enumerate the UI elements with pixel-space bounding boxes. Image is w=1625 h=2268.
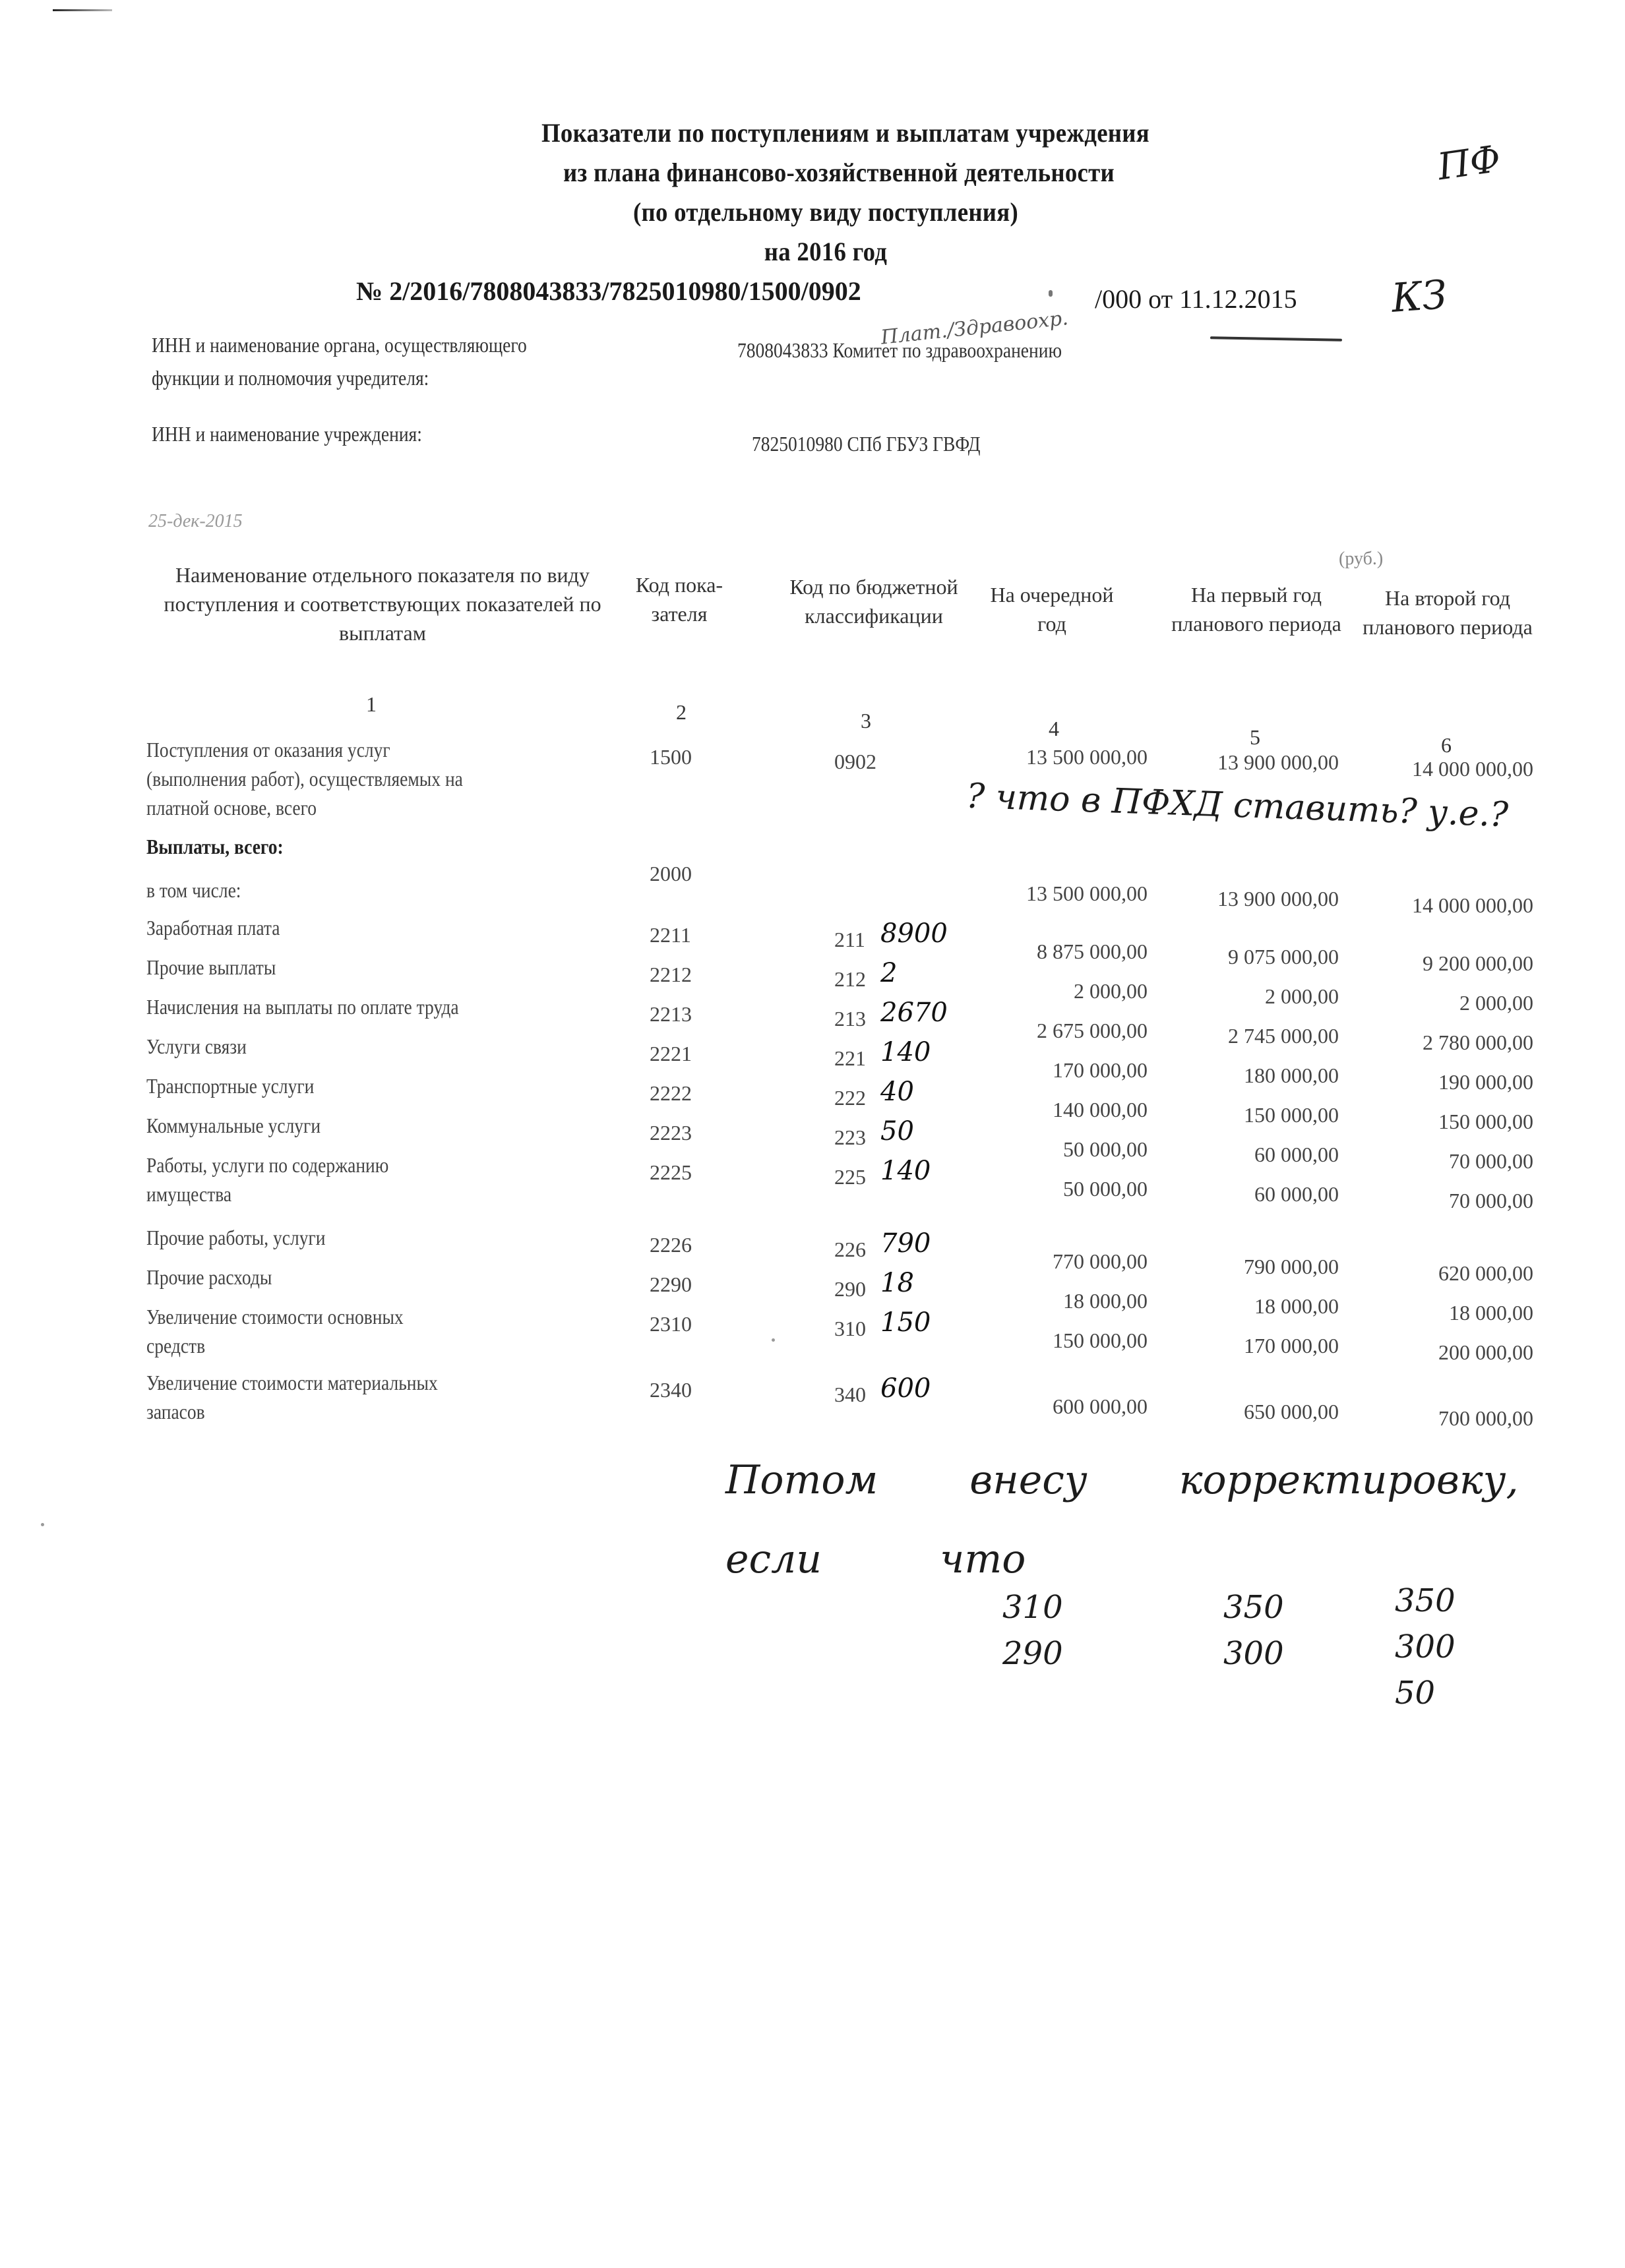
row-budget-code: 310 [834,1317,866,1341]
currency-unit: (руб.) [1339,549,1383,570]
row-indicator-code: 2213 [650,1002,692,1027]
row-name: Увеличение стоимости основных средств [146,1302,464,1360]
row-current-year-amount: 170 000,00 [976,1058,1148,1083]
handwritten-correction-value: 50 [1395,1675,1435,1712]
doc-title-line-4: на 2016 год [78,236,1574,267]
row-second-plan-year-amount: 14 000 000,00 [1362,893,1533,918]
row-name: Поступления от оказания услуг (выполнени… [146,735,464,822]
row-second-plan-year-amount: 70 000,00 [1362,1149,1533,1174]
handwritten-pf-note: ПФ [1435,138,1503,189]
handwritten-underline [1210,336,1342,341]
row-indicator-code: 2226 [650,1233,692,1257]
row-current-year-amount: 150 000,00 [976,1328,1148,1353]
row-first-plan-year-amount: 18 000,00 [1167,1294,1339,1319]
row-indicator-code: 2290 [650,1272,692,1297]
row-indicator-code: 2000 [650,862,692,886]
scan-dot [1049,290,1053,297]
row-name: Транспортные услуги [146,1071,464,1100]
row-name: Прочие расходы [146,1263,464,1292]
row-name: Услуги связи [146,1032,464,1061]
row-name: в том числе: [146,876,464,905]
row-first-plan-year-amount: 60 000,00 [1167,1143,1339,1167]
handwritten-kbk-note: 140 [880,1037,931,1067]
row-indicator-code: 2212 [650,963,692,987]
row-second-plan-year-amount: 14 000 000,00 [1362,757,1533,781]
row-budget-code: 213 [834,1007,866,1031]
row-indicator-code: 2225 [650,1160,692,1185]
row-second-plan-year-amount: 150 000,00 [1362,1110,1533,1134]
handwritten-kbk-note: 40 [880,1077,914,1107]
row-current-year-amount: 2 000,00 [976,979,1148,1003]
row-first-plan-year-amount: 2 000,00 [1167,984,1339,1009]
row-indicator-code: 2310 [650,1312,692,1336]
handwritten-kbk-note: 790 [880,1228,931,1259]
doc-number: № 2/2016/7808043833/7825010980/1500/0902 [356,276,861,307]
row-current-year-amount: 8 875 000,00 [976,940,1148,964]
institution-value: 7825010980 СПб ГБУЗ ГВФД [752,432,980,456]
column-number: 4 [1049,717,1059,741]
header-second-plan-year: На второй год планового периода [1352,583,1543,642]
row-indicator-code: 2221 [650,1042,692,1066]
handwritten-kz-note: КЗ [1390,272,1449,322]
row-budget-code: 340 [834,1383,866,1407]
row-indicator-code: 1500 [650,745,692,769]
row-first-plan-year-amount: 170 000,00 [1167,1334,1339,1358]
row-budget-code: 212 [834,967,866,992]
handwritten-kbk-note: 50 [880,1116,914,1147]
doc-title-line-1: Показатели по поступлениям и выплатам уч… [98,117,1593,148]
handwritten-question: ? что в ПФХД ставить? у.е.? [966,777,1509,835]
row-current-year-amount: 2 675 000,00 [976,1019,1148,1043]
row-budget-code: 211 [834,928,865,952]
row-first-plan-year-amount: 60 000,00 [1167,1182,1339,1207]
header-current-year: На очередной год [976,580,1128,638]
handwritten-correction-value: 290 [1002,1635,1063,1672]
row-budget-code: 226 [834,1238,866,1262]
row-second-plan-year-amount: 2 000,00 [1362,991,1533,1015]
column-number: 3 [861,709,871,733]
row-second-plan-year-amount: 620 000,00 [1362,1261,1533,1286]
row-name: Коммунальные услуги [146,1111,464,1140]
scan-dot [772,1338,775,1342]
handwritten-correction-value: 350 [1223,1589,1284,1626]
doc-title-line-2: из плана финансово-хозяйственной деятель… [92,157,1587,188]
row-name: Заработная плата [146,913,464,942]
row-second-plan-year-amount: 9 200 000,00 [1362,951,1533,976]
handwritten-note-line-1: Потом внесу корректировку, [725,1457,1519,1503]
row-second-plan-year-amount: 70 000,00 [1362,1189,1533,1213]
handwritten-note-line-2: если что [725,1536,1026,1582]
founder-label-line-1: ИНН и наименование органа, осуществляюще… [152,333,527,357]
row-name: Увеличение стоимости материальных запасо… [146,1368,464,1426]
row-budget-code: 223 [834,1125,866,1150]
handwritten-correction-value: 350 [1395,1582,1456,1619]
row-budget-code: 0902 [834,750,876,774]
row-first-plan-year-amount: 9 075 000,00 [1167,945,1339,969]
column-number: 5 [1250,725,1260,750]
row-current-year-amount: 770 000,00 [976,1249,1148,1274]
row-first-plan-year-amount: 150 000,00 [1167,1103,1339,1127]
row-first-plan-year-amount: 13 900 000,00 [1167,887,1339,911]
row-current-year-amount: 13 500 000,00 [976,881,1148,906]
row-current-year-amount: 18 000,00 [976,1289,1148,1313]
row-second-plan-year-amount: 700 000,00 [1362,1406,1533,1431]
row-first-plan-year-amount: 790 000,00 [1167,1255,1339,1279]
handwritten-kbk-note: 140 [880,1156,931,1186]
row-name: Прочие работы, услуги [146,1223,464,1252]
column-number: 1 [366,692,377,717]
row-current-year-amount: 600 000,00 [976,1394,1148,1419]
scan-artifact-line [53,9,112,11]
row-budget-code: 221 [834,1046,866,1071]
column-number: 2 [676,700,687,725]
header-indicator-code: Код пока-зателя [633,570,725,628]
handwritten-kbk-note: 8900 [880,918,948,949]
handwritten-correction-value: 300 [1223,1635,1284,1672]
row-current-year-amount: 50 000,00 [976,1177,1148,1201]
header-budget-code: Код по бюджетной классификации [765,572,983,630]
row-indicator-code: 2211 [650,923,691,947]
row-first-plan-year-amount: 650 000,00 [1167,1400,1339,1424]
row-second-plan-year-amount: 2 780 000,00 [1362,1030,1533,1055]
scan-dot [41,1523,44,1526]
header-indicator-name: Наименование отдельного показателя по ви… [152,560,613,647]
row-name: Работы, услуги по содержанию имущества [146,1150,464,1209]
row-second-plan-year-amount: 18 000,00 [1362,1301,1533,1325]
row-indicator-code: 2222 [650,1081,692,1106]
doc-date: /000 от 11.12.2015 [1095,283,1297,314]
row-first-plan-year-amount: 13 900 000,00 [1167,750,1339,775]
handwritten-kbk-note: 2 [880,958,897,988]
row-budget-code: 225 [834,1165,866,1189]
row-name: Начисления на выплаты по оплате труда [146,992,464,1021]
row-first-plan-year-amount: 180 000,00 [1167,1063,1339,1088]
row-second-plan-year-amount: 200 000,00 [1362,1340,1533,1365]
founder-value: 7808043833 Комитет по здравоохранению [737,338,1062,363]
row-current-year-amount: 50 000,00 [976,1137,1148,1162]
row-second-plan-year-amount: 190 000,00 [1362,1070,1533,1094]
row-current-year-amount: 13 500 000,00 [976,745,1148,769]
row-budget-code: 290 [834,1277,866,1301]
row-indicator-code: 2223 [650,1121,692,1145]
print-date: 25-дек-2015 [148,511,243,532]
founder-label-line-2: функции и полномочия учредителя: [152,366,429,390]
row-name: Прочие выплаты [146,953,464,982]
handwritten-kbk-note: 18 [880,1268,914,1298]
row-name: Выплаты, всего: [146,832,464,861]
doc-title-line-3: (по отдельному виду поступления) [78,196,1574,227]
handwritten-kbk-note: 600 [880,1373,931,1404]
row-current-year-amount: 140 000,00 [976,1098,1148,1122]
row-indicator-code: 2340 [650,1378,692,1402]
handwritten-kbk-note: 2670 [880,998,948,1028]
column-number: 6 [1441,733,1452,758]
row-first-plan-year-amount: 2 745 000,00 [1167,1024,1339,1048]
header-first-plan-year: На первый год планового периода [1161,580,1352,638]
institution-label: ИНН и наименование учреждения: [152,422,422,446]
row-budget-code: 222 [834,1086,866,1110]
handwritten-correction-value: 310 [1002,1589,1063,1626]
handwritten-correction-value: 300 [1395,1628,1456,1665]
handwritten-kbk-note: 150 [880,1307,931,1338]
